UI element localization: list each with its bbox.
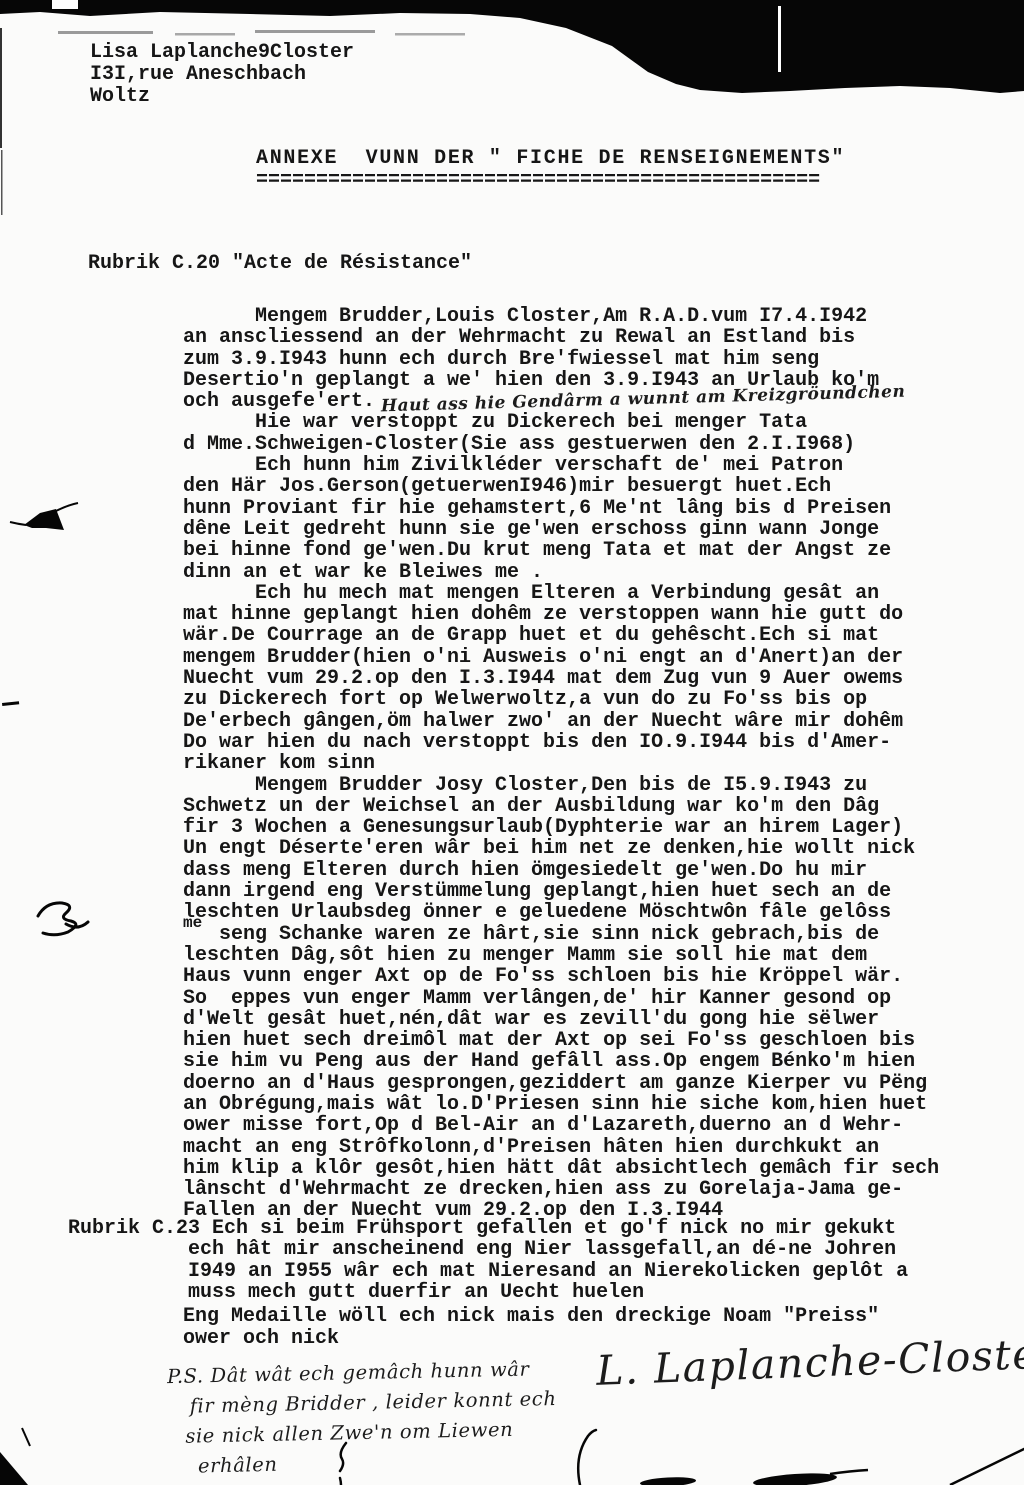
scan-streak [255, 30, 375, 33]
typed-line: dass meng Elteren durch hien ömgesiedelt… [183, 860, 939, 881]
scan-streak [395, 33, 465, 36]
typed-line: Eng Medaille wöll ech nick mais den drec… [183, 1306, 879, 1328]
typed-line: sie him vu Peng aus der Hand gefâll ass.… [183, 1051, 939, 1072]
handwritten-ps-note: P.S. Dât wât ech gemâch hunn wârfir mèng… [167, 1354, 558, 1482]
typed-line: seng Schanke waren ze hârt,sie sinn nick… [183, 924, 939, 945]
typed-line: So eppes vun enger Mamm verlângen,de' hi… [183, 988, 939, 1009]
typed-line: wär.De Courrage an de Grapp huet et du g… [183, 625, 939, 646]
typed-line: De'erbech gângen,öm halwer zwo' an der N… [183, 711, 939, 732]
typed-line: an Obrégung,mais wât lo.D'Priesen sinn h… [183, 1094, 939, 1115]
sender-address-block: Lisa Laplanche9ClosterI3I,rue Aneschbach… [90, 42, 354, 108]
body-text: Mengem Brudder,Louis Closter,Am R.A.D.vu… [183, 306, 939, 1222]
handwritten-line: erhâlen [198, 1444, 558, 1482]
address-line: I3I,rue Aneschbach [90, 64, 354, 86]
address-line: Woltz [90, 86, 354, 108]
typed-line: och ausgefe'ert.Haut ass hie Gendârm a w… [183, 391, 939, 412]
typed-line: bei hinne fond ge'wen.Du krut meng Tata … [183, 540, 939, 561]
typed-line: dinn an et war ke Bleiwes me . [183, 562, 939, 583]
typed-line: I949 an I955 wâr ech mat Nieresand an Ni… [68, 1261, 908, 1282]
typed-line: Ech hunn him Zivilkléder verschaft de' m… [183, 455, 939, 476]
rubrik-c23-paragraph: Rubrik C.23 Ech si beim Frühsport gefall… [68, 1218, 908, 1304]
document-title: ANNEXE VUNN DER " FICHE DE RENSEIGNEMENT… [256, 148, 845, 169]
typed-line: den Här Jos.Gerson(getuerwenI946)mir bes… [183, 476, 939, 497]
typed-line: hunn Proviant fir hie gehamstert,6 Me'nt… [183, 498, 939, 519]
ink-smudge-tail [830, 1470, 868, 1474]
paper-edge-line [1, 150, 3, 215]
typed-line: Mengem Brudder Josy Closter,Den bis de I… [183, 775, 939, 796]
typed-line: lânscht d'Wehrmacht ze drecken,hien ass … [183, 1179, 939, 1200]
typed-line: dann irgend eng Verstümmelung geplangt,h… [183, 881, 939, 902]
rubrik-c20-heading: Rubrik C.20 "Acte de Résistance" [88, 253, 472, 274]
ink-mark-dash [2, 701, 19, 706]
typed-line: Ech hu mech mat mengen Elteren a Verbind… [183, 583, 939, 604]
typed-line: Mengem Brudder,Louis Closter,Am R.A.D.vu… [183, 306, 939, 327]
typed-line: mat hinne geplangt hien dohêm ze verstop… [183, 604, 939, 625]
typed-line: ower misse fort,Op d Bel-Air an d'Lazare… [183, 1115, 939, 1136]
title-underline: ========================================… [256, 170, 845, 191]
typed-line: Hie war verstoppt zu Dickerech bei menge… [183, 412, 939, 433]
typed-line: leschten Dâg,sôt hien zu menger Mamm sie… [183, 945, 939, 966]
typed-line: Haus vunn enger Axt op de Fo'ss schloen … [183, 966, 939, 987]
typed-line: him klip a klôr gesôt,hien hätt dât absi… [183, 1158, 939, 1179]
scan-streak [58, 31, 153, 34]
typed-line: Nuecht vum 29.2.op den I.3.I944 mat dem … [183, 668, 939, 689]
typed-line: leschten Urlaubsdeg önner e geluedene Mö… [183, 902, 939, 923]
typed-line: doerno an d'Haus gesprongen,geziddert am… [183, 1073, 939, 1094]
typed-line: dêne Leit gedreht hunn sie ge'wen erscho… [183, 519, 939, 540]
ink-mark-squiggle [38, 903, 88, 935]
typed-line: ech hât mir anscheinend eng Nier lassgef… [68, 1239, 908, 1260]
ink-mark-paren [578, 1430, 596, 1485]
scan-artifact-white-notch [52, 0, 78, 9]
typed-line: zum 3.9.I943 hunn ech durch Bre'fwiessel… [183, 349, 939, 370]
typed-line: muss mech gutt duerfir an Uecht huelen [68, 1282, 908, 1303]
typed-line: macht an eng Strôfkolonn,d'Preisen hâten… [183, 1137, 939, 1158]
typed-correction-insert: me [183, 915, 202, 931]
ink-smudge [640, 1476, 696, 1485]
typed-line: mengem Brudder(hien o'ni Ausweis o'ni en… [183, 647, 939, 668]
typed-line: zu Dickerech fort op Welwerwoltz,a vun d… [183, 689, 939, 710]
typed-line: d Mme.Schweigen-Closter(Sie ass gestuerw… [183, 434, 939, 455]
typed-line: Schwetz un der Weichsel an der Ausbildun… [183, 796, 939, 817]
document-title-block: ANNEXE VUNN DER " FICHE DE RENSEIGNEMENT… [256, 148, 845, 192]
typed-line: an anscliessend an der Wehrmacht zu Rewa… [183, 327, 939, 348]
ink-smudge [753, 1471, 838, 1485]
paper-edge-line [0, 28, 2, 148]
scan-streak [175, 33, 235, 36]
typed-line: Rubrik C.23 Ech si beim Frühsport gefall… [68, 1218, 908, 1239]
scanned-document-page: { "doc": { "address": [ "Lisa Laplanche9… [0, 0, 1024, 1485]
address-line: Lisa Laplanche9Closter [90, 42, 354, 64]
ink-speck [22, 1428, 30, 1446]
scan-artifact-corner [0, 1452, 28, 1485]
typed-segment: och ausgefe'ert. [183, 390, 375, 413]
typed-line: Un engt Déserte'eren wâr bei him net ze … [183, 838, 939, 859]
typed-line: rikaner kom sinn [183, 753, 939, 774]
typed-line: Do war hien du nach verstoppt bis den IO… [183, 732, 939, 753]
typed-line: hien huet sech dreimôl mat der Axt op se… [183, 1030, 939, 1051]
scan-artifact-white-slit [778, 6, 781, 72]
ink-line-diagonal [950, 1448, 1024, 1485]
ink-mark-arrow [10, 503, 78, 530]
typed-line: fir 3 Wochen a Genesungsurlaub(Dyphterie… [183, 817, 939, 838]
typed-line: d'Welt gesât huet,nén,dât war es zevill'… [183, 1009, 939, 1030]
